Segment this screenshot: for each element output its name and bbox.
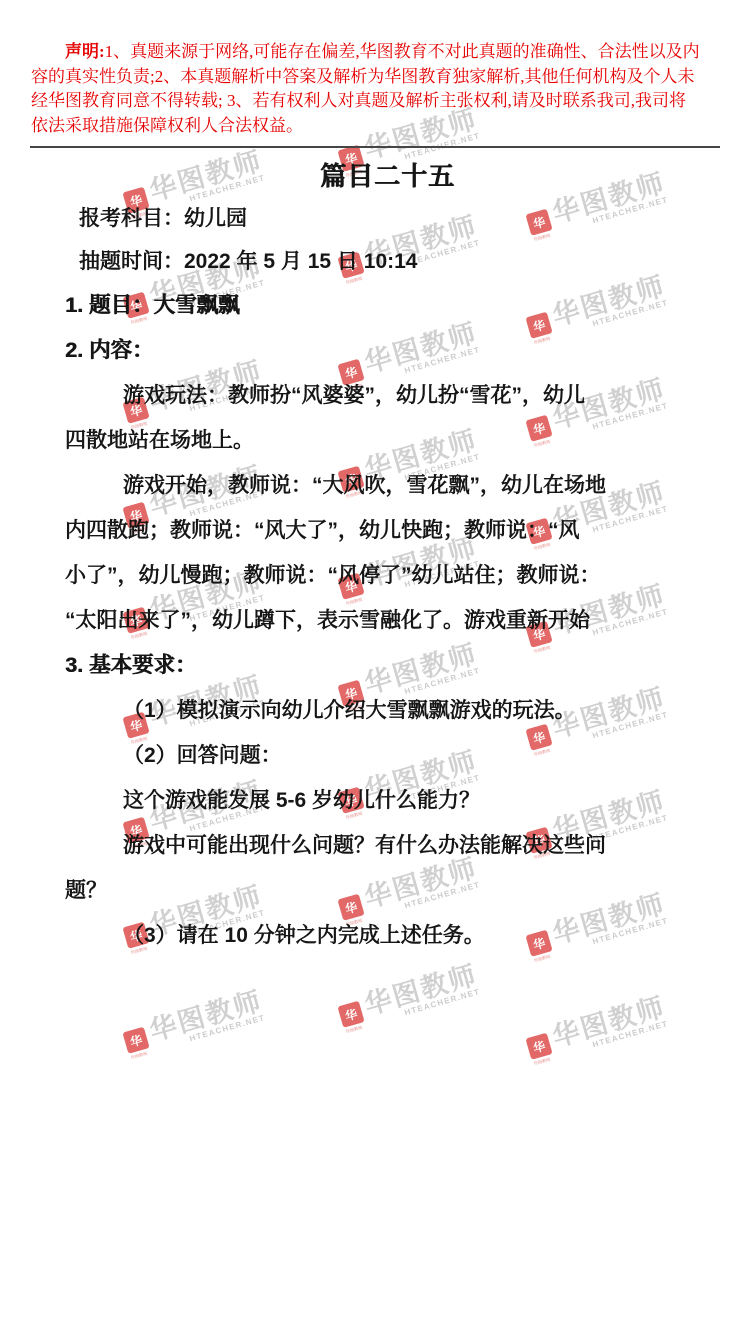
watermark-row: 华华图教师华图教师HTEACHER.NET	[335, 947, 524, 1036]
watermark-texts: 华图教师HTEACHER.NET	[550, 993, 671, 1059]
watermark: 华华图教师华图教师HTEACHER.NET	[335, 947, 524, 1036]
header-divider	[30, 146, 720, 148]
huatu-logo-icon: 华华图教师	[122, 1027, 149, 1054]
disclaimer: 声明:1、真题来源于网络,可能存在偏差,华图教育不对此真题的准确性、合法性以及内…	[31, 40, 721, 138]
question-1: 这个游戏能发展 5-6 岁幼儿什么能力？	[65, 778, 710, 823]
paragraph-gameplay-line: 四散地站在场地上。	[65, 418, 710, 463]
document-page: 华华图教师华图教师HTEACHER.NET华华图教师华图教师HTEACHER.N…	[0, 0, 748, 1335]
disclaimer-text: 1、真题来源于网络,可能存在偏差,华图教育不对此真题的准确性、合法性以及内	[105, 42, 700, 61]
requirement-2: （2）回答问题：	[65, 733, 710, 778]
exam-document: 篇目二十五 报考科目：幼儿园 抽题时间：2022 年 5 月 15 日 10:1…	[65, 155, 710, 958]
question-2-line: 题？	[65, 868, 710, 913]
disclaimer-line: 经华图教育同意不得转载; 3、若有权利人对真题及解析主张权利,请及时联系我司,我…	[31, 89, 721, 114]
question-2-line: 游戏中可能出现什么问题？有什么办法能解决这些问	[65, 823, 710, 868]
paragraph-gamestart-line: 小了”，幼儿慢跑；教师说：“风停了”幼儿站住；教师说：	[65, 553, 710, 598]
watermark-texts: 华图教师HTEACHER.NET	[147, 987, 268, 1053]
paragraph-gameplay-line: 游戏玩法：教师扮“风婆婆”，幼儿扮“雪花”，幼儿	[65, 373, 710, 418]
meta-draw-time: 抽题时间：2022 年 5 月 15 日 10:14	[65, 240, 710, 283]
watermark-logo-subtext: 华图教师	[345, 1024, 363, 1035]
watermark: 华华图教师华图教师HTEACHER.NET	[523, 979, 712, 1068]
watermark-logo-subtext: 华图教师	[533, 1056, 551, 1067]
disclaimer-line: 容的真实性负责;2、本真题解析中答案及解析为华图教育独家解析,其他任何机构及个人…	[31, 65, 721, 90]
meta-subject: 报考科目：幼儿园	[65, 197, 710, 240]
paragraph-gamestart-line: “太阳出来了”，幼儿蹲下，表示雪融化了。游戏重新开始	[65, 598, 710, 643]
disclaimer-label: 声明:	[65, 42, 105, 61]
watermark: 华华图教师华图教师HTEACHER.NET	[120, 973, 309, 1062]
heading-content: 2. 内容：	[65, 328, 710, 373]
heading-topic: 1. 题目：大雪飘飘	[65, 283, 710, 328]
disclaimer-line: 声明:1、真题来源于网络,可能存在偏差,华图教育不对此真题的准确性、合法性以及内	[31, 40, 721, 65]
requirement-3: （3）请在 10 分钟之内完成上述任务。	[65, 913, 710, 958]
watermark-row: 华华图教师华图教师HTEACHER.NET	[523, 979, 712, 1068]
huatu-logo-icon: 华华图教师	[337, 1001, 364, 1028]
watermark-row: 华华图教师华图教师HTEACHER.NET	[120, 973, 309, 1062]
heading-requirements: 3. 基本要求：	[65, 643, 710, 688]
watermark-logo-subtext: 华图教师	[130, 1050, 148, 1061]
page-title: 篇目二十五	[65, 155, 710, 197]
huatu-logo-icon: 华华图教师	[525, 1033, 552, 1060]
requirement-1: （1）模拟演示向幼儿介绍大雪飘飘游戏的玩法。	[65, 688, 710, 733]
paragraph-gamestart-line: 游戏开始，教师说：“大风吹，雪花飘”，幼儿在场地	[65, 463, 710, 508]
watermark-texts: 华图教师HTEACHER.NET	[362, 961, 483, 1027]
paragraph-gamestart-line: 内四散跑；教师说：“风大了”，幼儿快跑；教师说：“风	[65, 508, 710, 553]
disclaimer-line: 依法采取措施保障权利人合法权益。	[31, 114, 721, 139]
